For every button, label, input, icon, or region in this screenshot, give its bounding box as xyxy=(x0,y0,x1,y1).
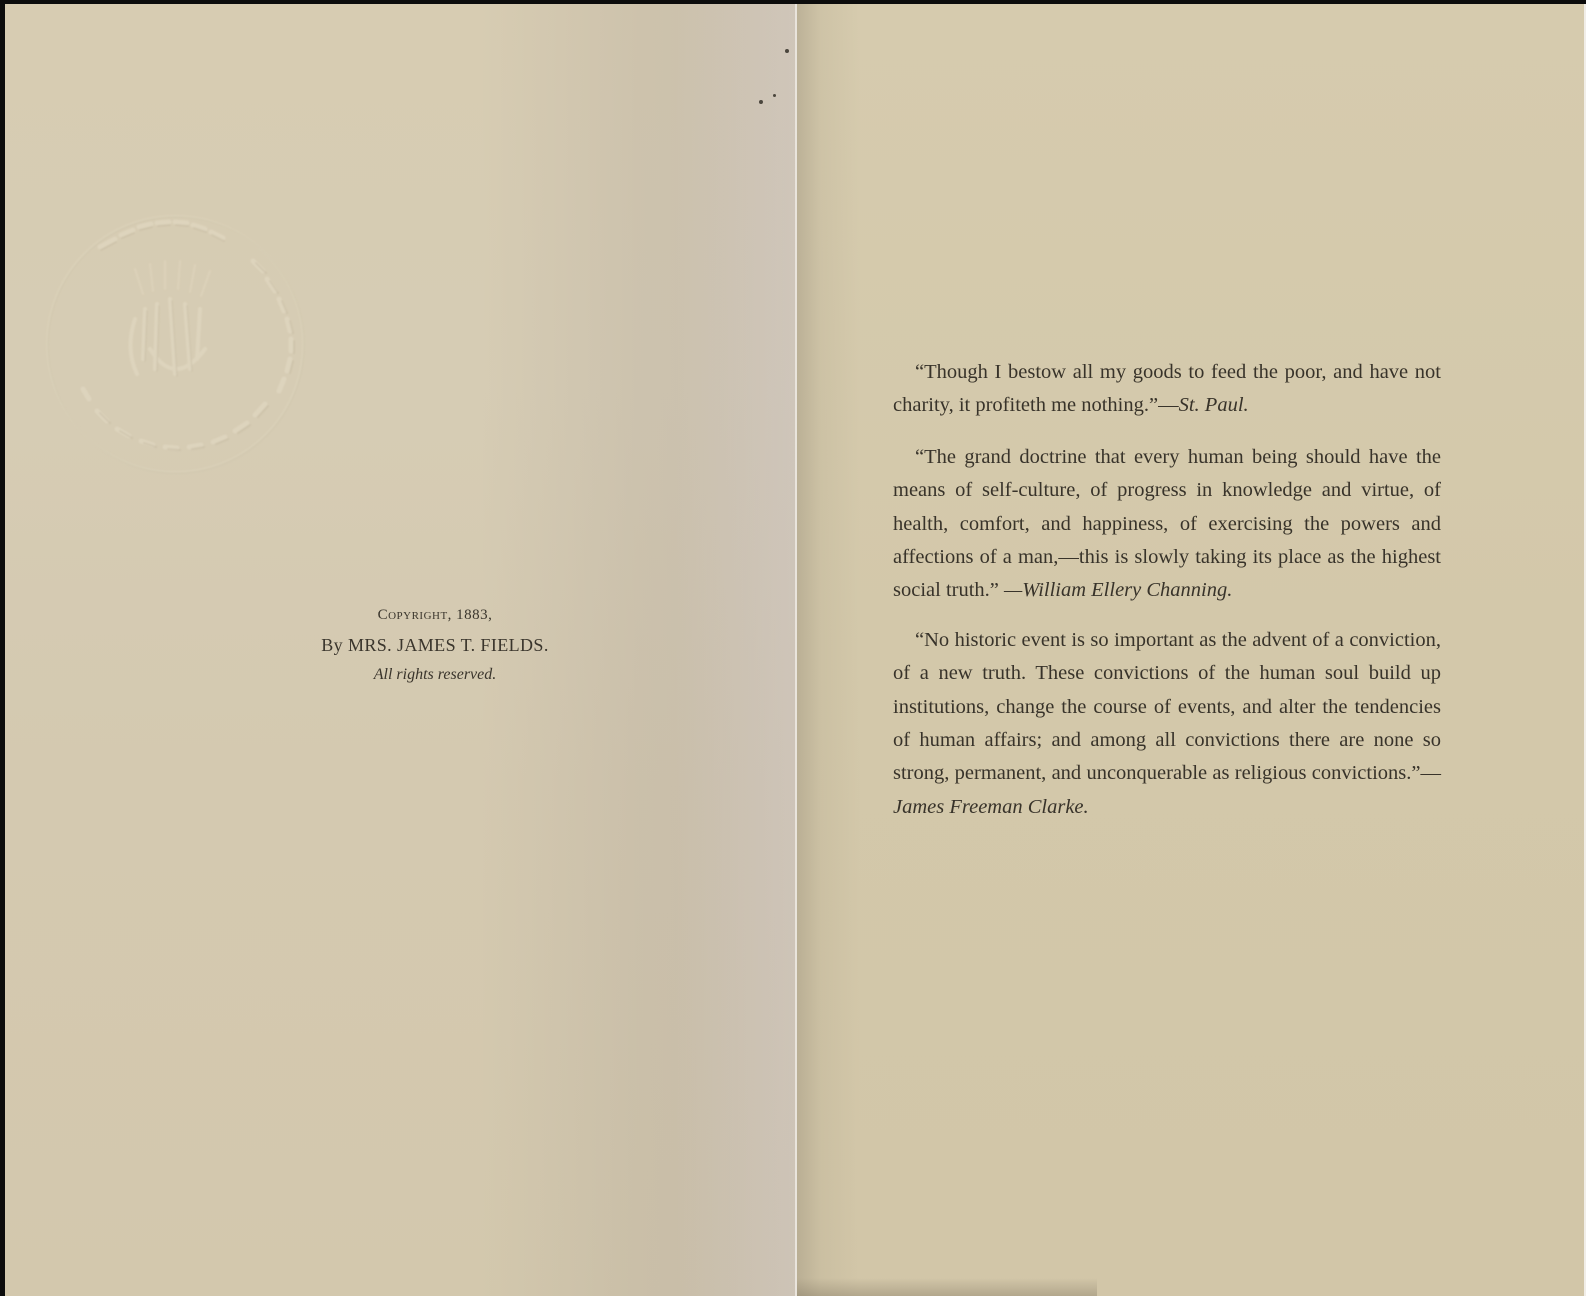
quote-attribution: St. Paul. xyxy=(1179,394,1249,416)
ink-speck xyxy=(785,49,789,53)
library-seal-icon xyxy=(25,199,325,489)
epigraph-quotes: “Though I bestow all my goods to feed th… xyxy=(893,356,1441,842)
rights-reserved: All rights reserved. xyxy=(275,662,595,688)
quote-st-paul: “Though I bestow all my goods to feed th… xyxy=(893,356,1441,423)
quote-channing: “The grand doctrine that every human bei… xyxy=(893,441,1441,608)
quote-clarke: “No historic event is so important as th… xyxy=(893,624,1441,824)
copyright-notice: Copyright, 1883, By MRS. JAMES T. FIELDS… xyxy=(275,602,595,688)
left-page: Copyright, 1883, By MRS. JAMES T. FIELDS… xyxy=(5,4,795,1296)
quote-text: “No historic event is so important as th… xyxy=(893,629,1441,785)
ink-speck xyxy=(773,94,776,97)
page-curl-shadow xyxy=(797,1278,1097,1296)
quote-attribution: —William Ellery Channing. xyxy=(1004,579,1232,601)
book-spread: Copyright, 1883, By MRS. JAMES T. FIELDS… xyxy=(5,4,1586,1296)
copyright-holder: By MRS. JAMES T. FIELDS. xyxy=(275,628,595,662)
right-page: “Though I bestow all my goods to feed th… xyxy=(797,4,1584,1296)
quote-attribution: James Freeman Clarke. xyxy=(893,796,1089,818)
ink-speck xyxy=(759,100,763,104)
quote-text: “Though I bestow all my goods to feed th… xyxy=(893,361,1441,416)
copyright-year: Copyright, 1883, xyxy=(275,602,595,628)
